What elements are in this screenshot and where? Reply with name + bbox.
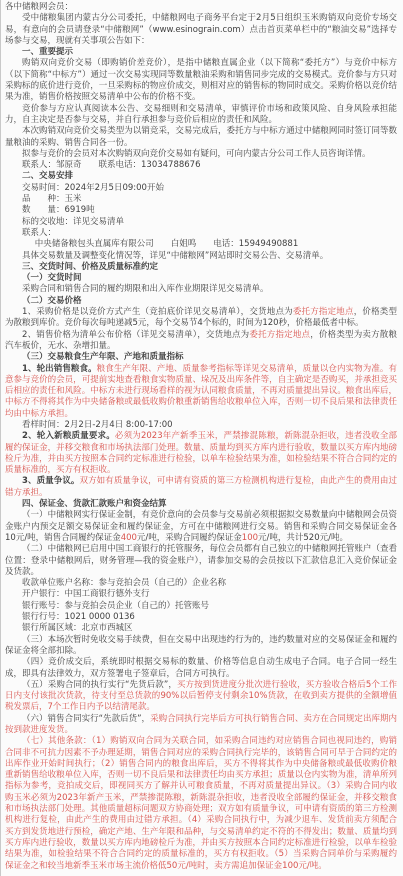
e-contract-paragraph: （四）竞价成交后，系统即时根据交易标的数量、价格等信息自动生成电子合同。电子合同… xyxy=(5,657,397,680)
section2-note: 具体交易数量及调整变化情况等，详见“中储粮网”网站即时交易公告、交易清单。 xyxy=(5,251,397,262)
deposit-amount-100: 100 xyxy=(242,533,258,543)
intro-paragraph: 受中储粮集团内蒙古分公司委托，中储粮网电子商务平台定于2月5日组织玉米购销双向竞… xyxy=(5,13,397,47)
sale-price-paragraph: 2、销售价格为清单公布价格（详见交易清单），交货地点为委托方指定地点，价格类型为… xyxy=(5,330,397,353)
section3-title: 三、交货时间、价格及质量标准约定 xyxy=(5,262,397,273)
quality-dispute-paragraph: 3、质量争议。双方如有质量争议，可申请有资质的第三方检测机构进行复检，由此产生的… xyxy=(5,476,397,499)
sale-price-red-location: 委托方指定地点 xyxy=(249,330,310,340)
section2-title: 二、交易安排 xyxy=(5,171,397,182)
bank-code-line: 银行行号：1021 0000 0136 xyxy=(5,612,397,623)
section1-para4: 拟参与竞价的会员对本次购销双向竞价交易如有疑问，可向内蒙古分公司工作人员咨询详情… xyxy=(5,149,397,160)
purchase-price-paragraph: 1、采购价格是以竞价方式产生（竞拍底价详见交易清单），交货地点为委托方指定地点，… xyxy=(5,307,397,330)
section1-contact-line: 联系人：邹原奇 联系电话：13034788676 xyxy=(5,160,397,171)
deposit-paragraph: （一）中储粮网实行保证金制，有竞价意向的会员参与交易前必须根据拟交易数量向中储粮… xyxy=(5,510,397,544)
bank-account-no-line: 银行账号：参与竞拍会员企业（自己的）托管账号 xyxy=(5,601,397,612)
fee-paragraph: （三）本场次暂时免收交易手续费，但在交易中出现违约行为的，违约数量对应的交易保证… xyxy=(5,635,397,658)
quality-outbound-label: 1、轮出销售粮食。 xyxy=(22,364,97,374)
quality-outbound-paragraph: 1、轮出销售粮食。粮食生产年限、产地、质量参考指标等详见交易清单，质量以仓内实物… xyxy=(5,364,397,420)
payment-terms-label: （五）采购合同的执行实行“先货后款”， xyxy=(22,680,177,690)
section1-para3: 本次购销双向竞价交易类型为以销竞采，交易完成后，委托方与中标方通过中储粮网同时签… xyxy=(5,126,397,149)
deposit-amount-400: 400 xyxy=(121,533,137,543)
section1-para1: 购销双向竞价交易（即购销价差竞价），是指中储粮直属企业（以下简称“委托方”）与竞… xyxy=(5,58,397,103)
announcement-document: 各中储粮网会员： 受中储粮集团内蒙古分公司委托，中储粮网电子商务平台定于2月5日… xyxy=(0,0,403,876)
purchase-price-red-location: 委托方指定地点 xyxy=(293,307,354,317)
variety-line: 品 种：玉米 xyxy=(5,194,397,205)
quality-dispute-label: 3、质量争议。 xyxy=(22,476,80,486)
other-terms-paragraph: （七）其他条款：（1）购销双向合同为关联合同，如采购合同违约对应销售合同也视同违… xyxy=(5,736,397,872)
bank-region-line: 银行所属区域：北京市西城区 xyxy=(5,623,397,634)
trade-time-line: 交易时间：2024年2月5日09:00开始 xyxy=(5,183,397,194)
quality-inbound-label: 2、轮入新粮质量要求。 xyxy=(22,431,115,441)
delivery-place-line: 标的交收地：详见交易清单 xyxy=(5,217,397,228)
custody-account-paragraph: （二）中储粮网已启用中国工商银行的托管服务，每位会员都有自己独立的中储粮网托管账… xyxy=(5,544,397,578)
bank-name-line: 开户银行：中国工商银行德外支行 xyxy=(5,589,397,600)
purchase-price-text-1: 1、采购价格是以竞价方式产生（竞拍底价详见交易清单），交货地点为 xyxy=(22,307,293,317)
payment-terms-paragraph: （五）采购合同的执行实行“先货后款”，买方按到货进度分批次进行验收，买方验收合格… xyxy=(5,680,397,714)
salutation: 各中储粮网会员： xyxy=(5,2,397,13)
sale-contract-label: （六）销售合同实行“先款后货”， xyxy=(22,714,150,724)
section4-title: 四、保证金、货款汇款账户和资金结算 xyxy=(5,499,397,510)
sale-contract-paragraph: （六）销售合同实行“先款后货”，采购合同执行完毕后方可执行销售合同、卖方在合同规… xyxy=(5,714,397,737)
section3-sub1-title: （一）交货时间 xyxy=(5,273,397,284)
deposit-text-3: 元/吨，共计520元/吨。 xyxy=(258,533,348,543)
section3-sub2-title: （二）交易价格 xyxy=(5,296,397,307)
sampling-time-line: 看样时间：2月2日-2月4日 8:00-17:00 xyxy=(5,420,397,431)
quantity-line: 数 量：6919吨 xyxy=(5,205,397,216)
bank-account-name-line: 收款单位账户名称：参与竞拍会员（自己的）企业名称 xyxy=(5,578,397,589)
section1-title: 一、重要提示 xyxy=(5,47,397,58)
contact-label: 联系人： xyxy=(5,228,397,239)
sale-price-text-1: 2、销售价格为清单公布价格（详见交易清单），交货地点为 xyxy=(22,330,249,340)
depot-contact-line: 中央储备粮包头直属库有限公司 白姐鸣 电话：15949490881 xyxy=(5,239,397,250)
section3-sub3-title: （三）交易粮食生产年限、产地和质量指标 xyxy=(5,352,397,363)
section3-sub1-para: 采购合同和销售合同的履约期限和出入库作业期限详见交易清单。 xyxy=(5,284,397,295)
deposit-text-2: 元/吨，采购合同履约保证金 xyxy=(137,533,242,543)
section1-para2: 竞价参与方应认真阅读本公告、交易细则和交易清单，审慎评价市场和政策风险、自身风险… xyxy=(5,104,397,127)
quality-inbound-paragraph: 2、轮入新粮质量要求。必须为2023年产新季玉米，严禁掺混陈粮，新陈混杂拒收，违… xyxy=(5,431,397,476)
